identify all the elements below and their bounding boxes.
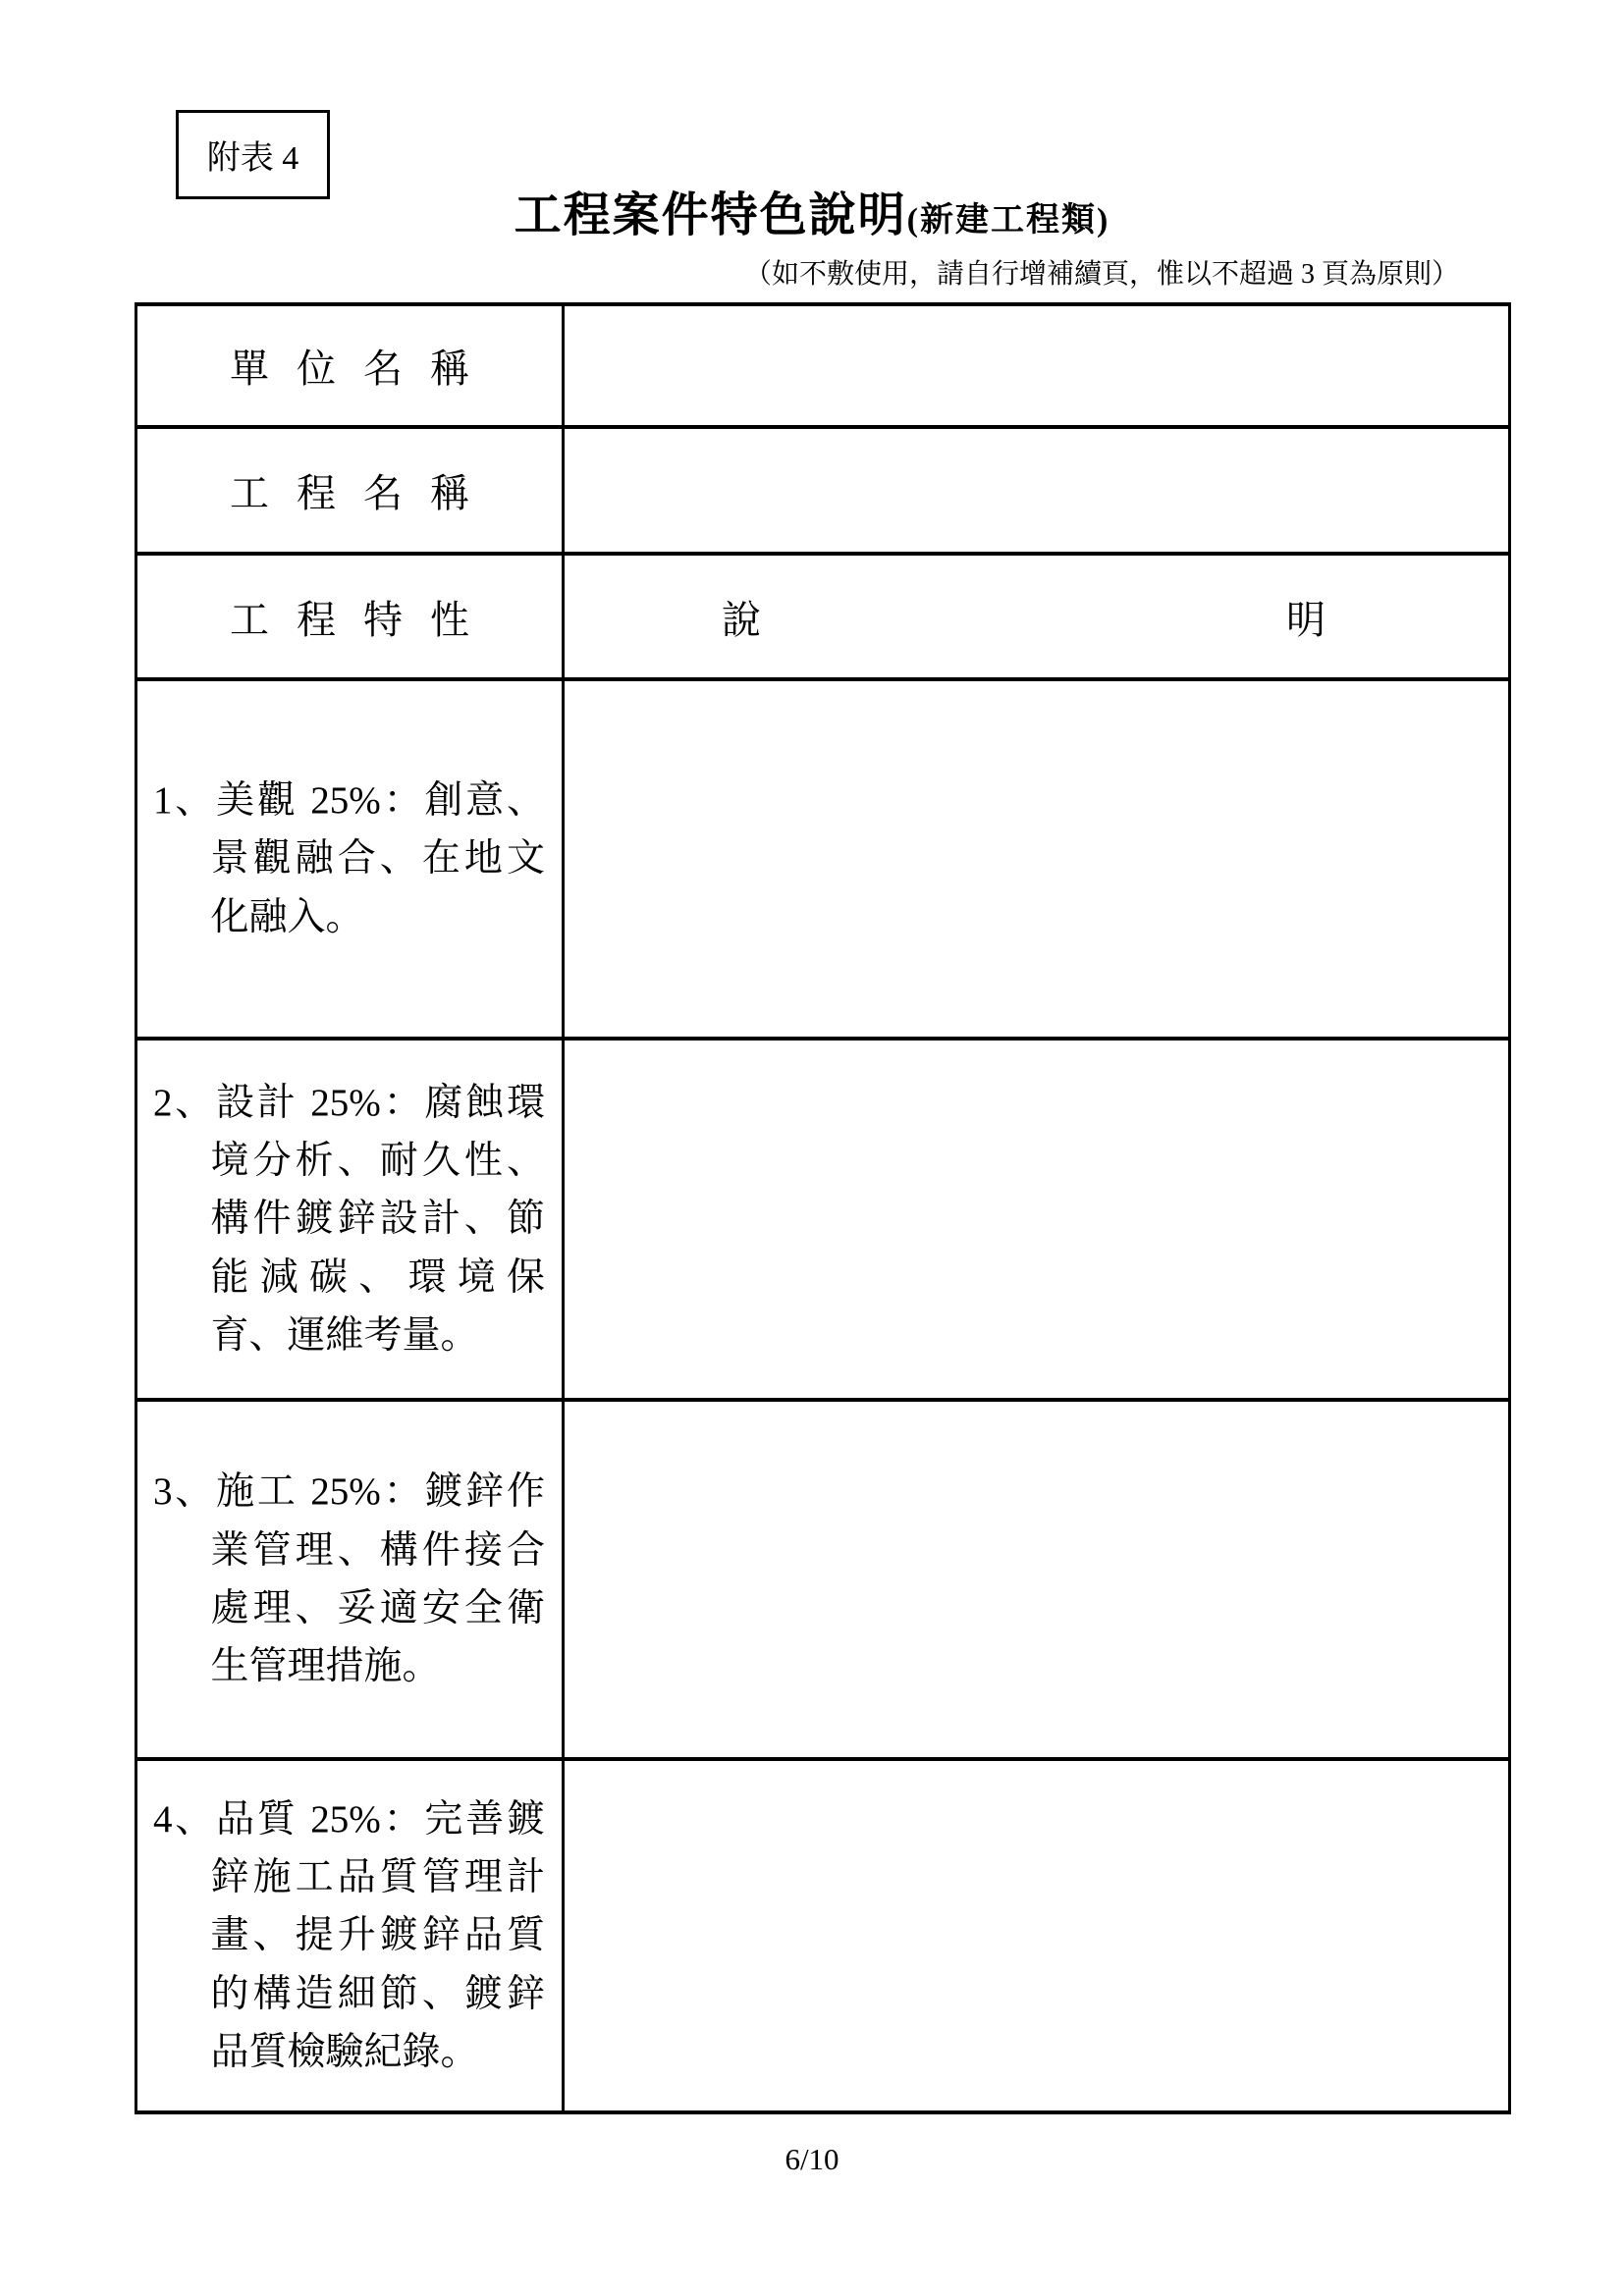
criteria-row-quality: 4、品質 25%：完善鍍鋅施工品質管理計畫、提升鍍鋅品質的構造細節、鍍鋅品質檢驗… <box>136 1759 1510 2112</box>
criteria-row-aesthetics: 1、美觀 25%：創意、景觀融合、在地文化融入。 <box>136 679 1510 1039</box>
description-header-left: 說 <box>722 589 761 645</box>
criteria-quality-cell: 4、品質 25%：完善鍍鋅施工品質管理計畫、提升鍍鋅品質的構造細節、鍍鋅品質檢驗… <box>136 1759 564 2112</box>
project-name-value-cell <box>564 427 1510 554</box>
document-title-sub: (新建工程類) <box>907 202 1110 239</box>
criteria-quality-description-cell <box>564 1759 1510 2112</box>
criteria-quality-text: 4、品質 25%：完善鍍鋅施工品質管理計畫、提升鍍鋅品質的構造細節、鍍鋅品質檢驗… <box>153 1790 545 2081</box>
criteria-design-cell: 2、設計 25%：腐蝕環境分析、耐久性、構件鍍鋅設計、節能減碳、環境保育、運維考… <box>136 1039 564 1400</box>
description-header-right: 明 <box>1286 589 1326 645</box>
document-title: 工程案件特色說明(新建工程類) <box>0 188 1624 242</box>
header-row: 工程特性 說 明 <box>136 554 1510 679</box>
feature-label-cell: 工程特性 <box>136 554 564 679</box>
criteria-construction-text: 3、施工 25%：鍍鋅作業管理、構件接合處理、妥適安全衛生管理措施。 <box>153 1463 545 1695</box>
criteria-aesthetics-description-cell <box>564 679 1510 1039</box>
unit-name-row: 單位名稱 <box>136 304 1510 427</box>
description-header-cell: 說 明 <box>564 554 1510 679</box>
feature-form-table: 單位名稱 工程名稱 工程特性 說 明 1、美觀 25%：創意、景觀融合、在地文化… <box>135 302 1511 2114</box>
criteria-row-design: 2、設計 25%：腐蝕環境分析、耐久性、構件鍍鋅設計、節能減碳、環境保育、運維考… <box>136 1039 1510 1400</box>
criteria-aesthetics-text: 1、美觀 25%：創意、景觀融合、在地文化融入。 <box>153 772 545 946</box>
document-title-main: 工程案件特色說明 <box>514 189 907 241</box>
criteria-construction-description-cell <box>564 1400 1510 1759</box>
appendix-tag-box: 附表 4 <box>176 110 330 199</box>
criteria-construction-cell: 3、施工 25%：鍍鋅作業管理、構件接合處理、妥適安全衛生管理措施。 <box>136 1400 564 1759</box>
unit-name-label-cell: 單位名稱 <box>136 304 564 427</box>
project-name-row: 工程名稱 <box>136 427 1510 554</box>
unit-name-value-cell <box>564 304 1510 427</box>
page-number: 6/10 <box>0 2142 1624 2177</box>
criteria-row-construction: 3、施工 25%：鍍鋅作業管理、構件接合處理、妥適安全衛生管理措施。 <box>136 1400 1510 1759</box>
criteria-design-description-cell <box>564 1039 1510 1400</box>
project-name-label-cell: 工程名稱 <box>136 427 564 554</box>
criteria-aesthetics-cell: 1、美觀 25%：創意、景觀融合、在地文化融入。 <box>136 679 564 1039</box>
usage-note: （如不敷使用，請自行增補續頁，惟以不超過 3 頁為原則） <box>744 258 1459 292</box>
appendix-tag-label: 附表 4 <box>207 131 299 179</box>
criteria-design-text: 2、設計 25%：腐蝕環境分析、耐久性、構件鍍鋅設計、節能減碳、環境保育、運維考… <box>153 1074 545 1364</box>
